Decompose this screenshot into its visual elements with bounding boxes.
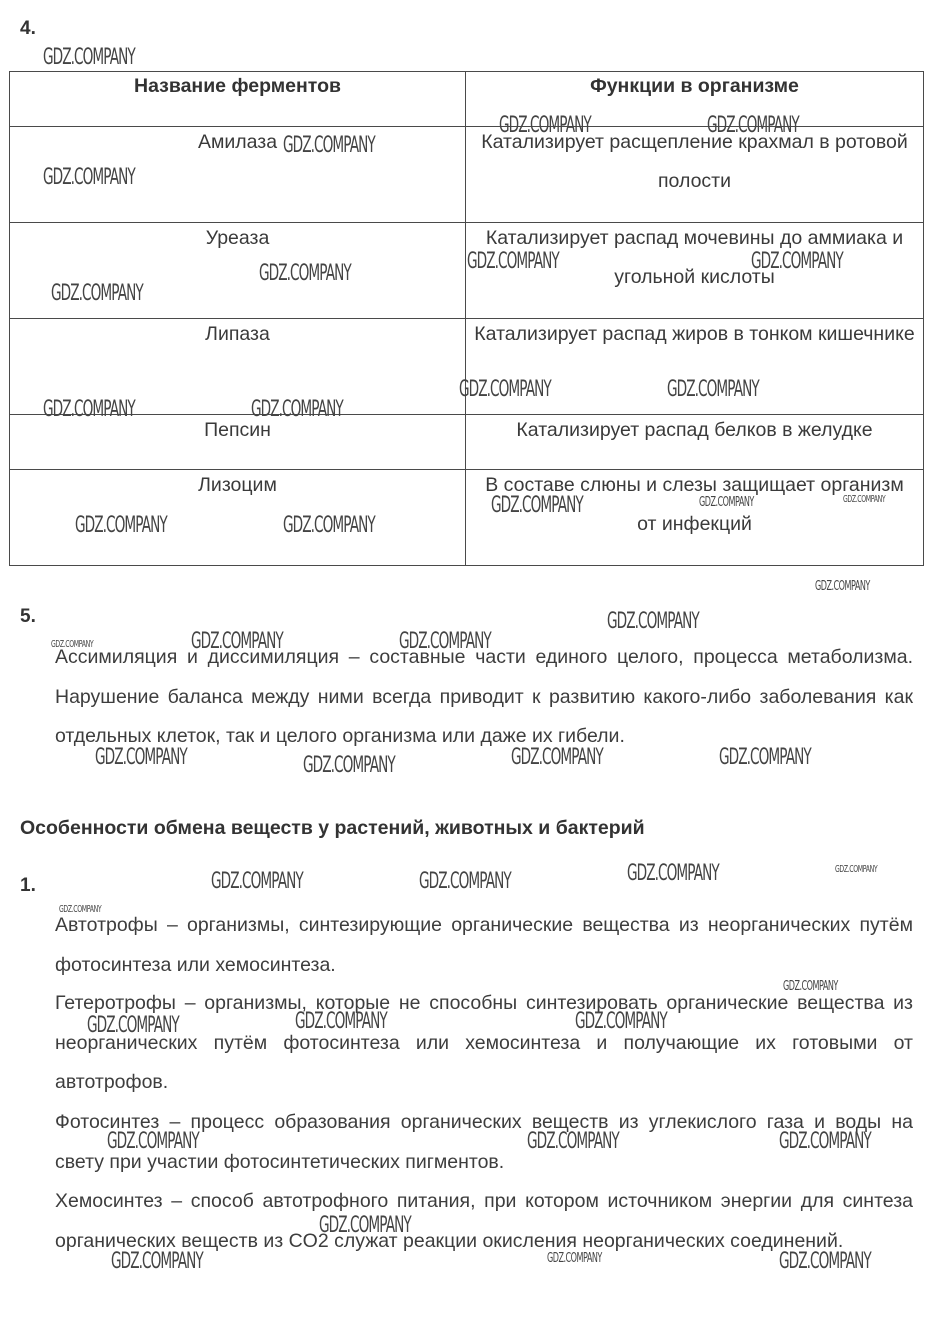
watermark: GDZ.COMPANY bbox=[303, 755, 395, 777]
column-header-enzyme: Название ферментов bbox=[10, 72, 466, 127]
watermark: GDZ.COMPANY bbox=[499, 115, 591, 137]
watermark: GDZ.COMPANY bbox=[111, 1251, 203, 1273]
watermark: GDZ.COMPANY bbox=[259, 263, 351, 285]
watermark: GDZ.COMPANY bbox=[843, 495, 885, 505]
watermark: GDZ.COMPANY bbox=[751, 251, 843, 273]
watermark: GDZ.COMPANY bbox=[547, 1252, 602, 1265]
definition-autotrophs: Автотрофы – организмы, синтезирующие орг… bbox=[55, 906, 913, 985]
table-row: Пепсин Катализирует распад белков в желу… bbox=[10, 415, 924, 470]
task5-paragraph: Ассимиляция и диссимиляция – составные ч… bbox=[55, 638, 913, 757]
enzyme-name: Пепсин bbox=[10, 415, 466, 470]
watermark: GDZ.COMPANY bbox=[51, 640, 93, 650]
watermark: GDZ.COMPANY bbox=[511, 747, 603, 769]
watermark: GDZ.COMPANY bbox=[251, 399, 343, 421]
watermark: GDZ.COMPANY bbox=[627, 863, 719, 885]
watermark: GDZ.COMPANY bbox=[43, 167, 135, 189]
watermark: GDZ.COMPANY bbox=[667, 379, 759, 401]
watermark: GDZ.COMPANY bbox=[87, 1015, 179, 1037]
watermark: GDZ.COMPANY bbox=[107, 1131, 199, 1153]
watermark: GDZ.COMPANY bbox=[719, 747, 811, 769]
watermark: GDZ.COMPANY bbox=[467, 251, 559, 273]
enzyme-function: Катализирует распад белков в желудке bbox=[466, 415, 924, 470]
watermark: GDZ.COMPANY bbox=[779, 1251, 871, 1273]
watermark: GDZ.COMPANY bbox=[491, 495, 583, 517]
watermark: GDZ.COMPANY bbox=[283, 135, 375, 157]
watermark: GDZ.COMPANY bbox=[779, 1131, 871, 1153]
task-number-5: 5. bbox=[20, 606, 36, 628]
watermark: GDZ.COMPANY bbox=[75, 515, 167, 537]
watermark: GDZ.COMPANY bbox=[707, 115, 799, 137]
watermark: GDZ.COMPANY bbox=[295, 1011, 387, 1033]
watermark: GDZ.COMPANY bbox=[191, 631, 283, 653]
watermark: GDZ.COMPANY bbox=[699, 496, 754, 509]
watermark: GDZ.COMPANY bbox=[283, 515, 375, 537]
watermark: GDZ.COMPANY bbox=[607, 611, 699, 633]
watermark: GDZ.COMPANY bbox=[575, 1011, 667, 1033]
watermark: GDZ.COMPANY bbox=[59, 905, 101, 915]
section-heading: Особенности обмена веществ у растений, ж… bbox=[20, 817, 645, 840]
enzymes-table: Название ферментов Функции в организме А… bbox=[9, 71, 924, 566]
definition-heterotrophs: Гетеротрофы – организмы, которые не спос… bbox=[55, 984, 913, 1103]
watermark: GDZ.COMPANY bbox=[459, 379, 551, 401]
watermark: GDZ.COMPANY bbox=[399, 631, 491, 653]
task-number-1: 1. bbox=[20, 875, 36, 897]
enzyme-function: Катализирует расщепление крахмал в ротов… bbox=[466, 127, 924, 223]
task-number-4: 4. bbox=[20, 18, 36, 40]
watermark: GDZ.COMPANY bbox=[95, 747, 187, 769]
watermark: GDZ.COMPANY bbox=[43, 399, 135, 421]
watermark: GDZ.COMPANY bbox=[51, 283, 143, 305]
watermark: GDZ.COMPANY bbox=[835, 865, 877, 875]
watermark: GDZ.COMPANY bbox=[319, 1215, 411, 1237]
watermark: GDZ.COMPANY bbox=[783, 980, 838, 993]
watermark: GDZ.COMPANY bbox=[815, 580, 870, 593]
watermark: GDZ.COMPANY bbox=[211, 871, 303, 893]
table-row: Амилаза Катализирует расщепление крахмал… bbox=[10, 127, 924, 223]
watermark: GDZ.COMPANY bbox=[527, 1131, 619, 1153]
watermark: GDZ.COMPANY bbox=[43, 47, 135, 69]
watermark: GDZ.COMPANY bbox=[419, 871, 511, 893]
